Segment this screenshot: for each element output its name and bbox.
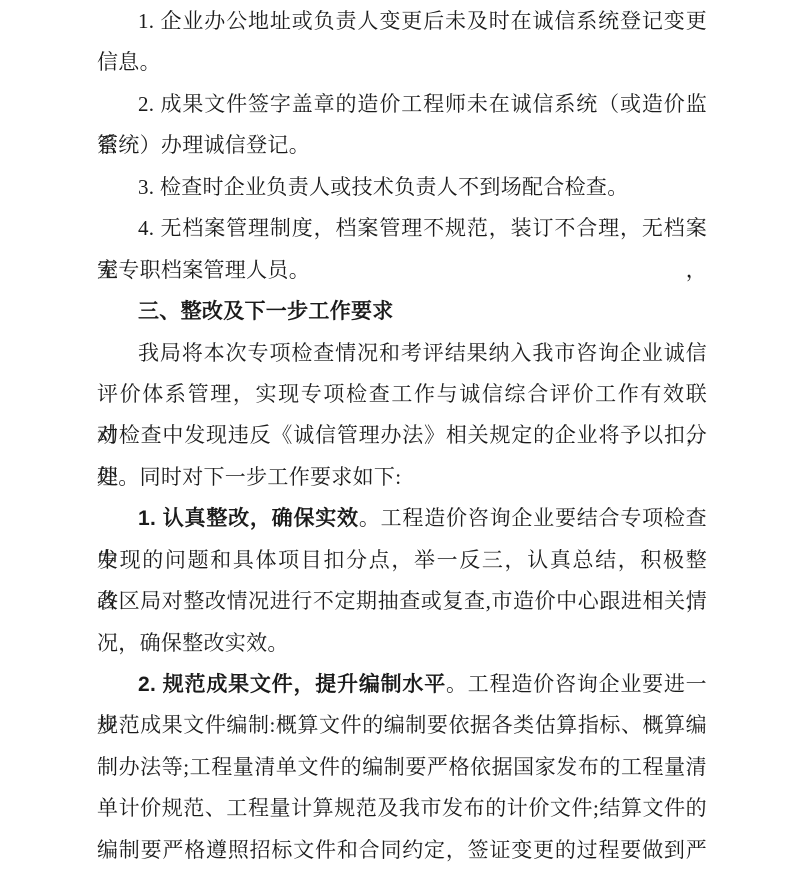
requirement-item-1-line-4: 况，确保整改实效。: [97, 623, 707, 664]
requirement-item-2-line-1: 2. 规范成果文件，提升编制水平。工程造价咨询企业要进一步: [97, 664, 707, 705]
numbered-item-3-line-1: 3. 检查时企业负责人或技术负责人不到场配合检查。: [97, 167, 707, 208]
paragraph-line-1: 我局将本次专项检查情况和考评结果纳入我市咨询企业诚信: [97, 333, 707, 374]
numbered-item-1-line-1: 1. 企业办公地址或负责人变更后未及时在诚信系统登记变更: [97, 1, 707, 42]
numbered-item-2-line-1: 2. 成果文件签字盖章的造价工程师未在诚信系统（或造价监管: [97, 84, 707, 125]
requirement-item-2-line-2: 规范成果文件编制:概算文件的编制要依据各类估算指标、概算编: [97, 705, 707, 746]
document-page: 1. 企业办公地址或负责人变更后未及时在诚信系统登记变更 信息。 2. 成果文件…: [0, 0, 800, 872]
requirement-item-2-line-4: 单计价规范、工程量计算规范及我市发布的计价文件;结算文件的: [97, 788, 707, 829]
paragraph-line-3: 对检查中发现违反《诚信管理办法》相关规定的企业将予以扣分处: [97, 415, 707, 456]
requirement-item-1-line-3: 各区局对整改情况进行不定期抽查或复查,市造价中心跟进相关情: [97, 581, 707, 622]
section-heading: 三、整改及下一步工作要求: [97, 291, 707, 332]
requirement-item-2-line-3: 制办法等;工程量清单文件的编制要严格依据国家发布的工程量清: [97, 747, 707, 788]
emphasis-text: 1. 认真整改，确保实效: [138, 507, 359, 530]
emphasis-text: 2. 规范成果文件，提升编制水平: [138, 673, 446, 696]
requirement-item-2-line-5: 编制要严格遵照招标文件和合同约定，签证变更的过程要做到严: [97, 830, 707, 871]
paragraph-line-2: 评价体系管理，实现专项检查工作与诚信综合评价工作有效联动，: [97, 374, 707, 415]
requirement-item-1-line-1: 1. 认真整改，确保实效。工程造价咨询企业要结合专项检查中: [97, 498, 707, 539]
numbered-item-1-line-2: 信息。: [97, 42, 707, 83]
requirement-item-1-line-2: 发现的问题和具体项目扣分点，举一反三，认真总结，积极整改，: [97, 540, 707, 581]
paragraph-line-4: 理。同时对下一步工作要求如下:: [97, 457, 707, 498]
numbered-item-4-line-1: 4. 无档案管理制度，档案管理不规范，装订不合理，无档案室，: [97, 208, 707, 249]
numbered-item-2-line-2: 系统）办理诚信登记。: [97, 125, 707, 166]
